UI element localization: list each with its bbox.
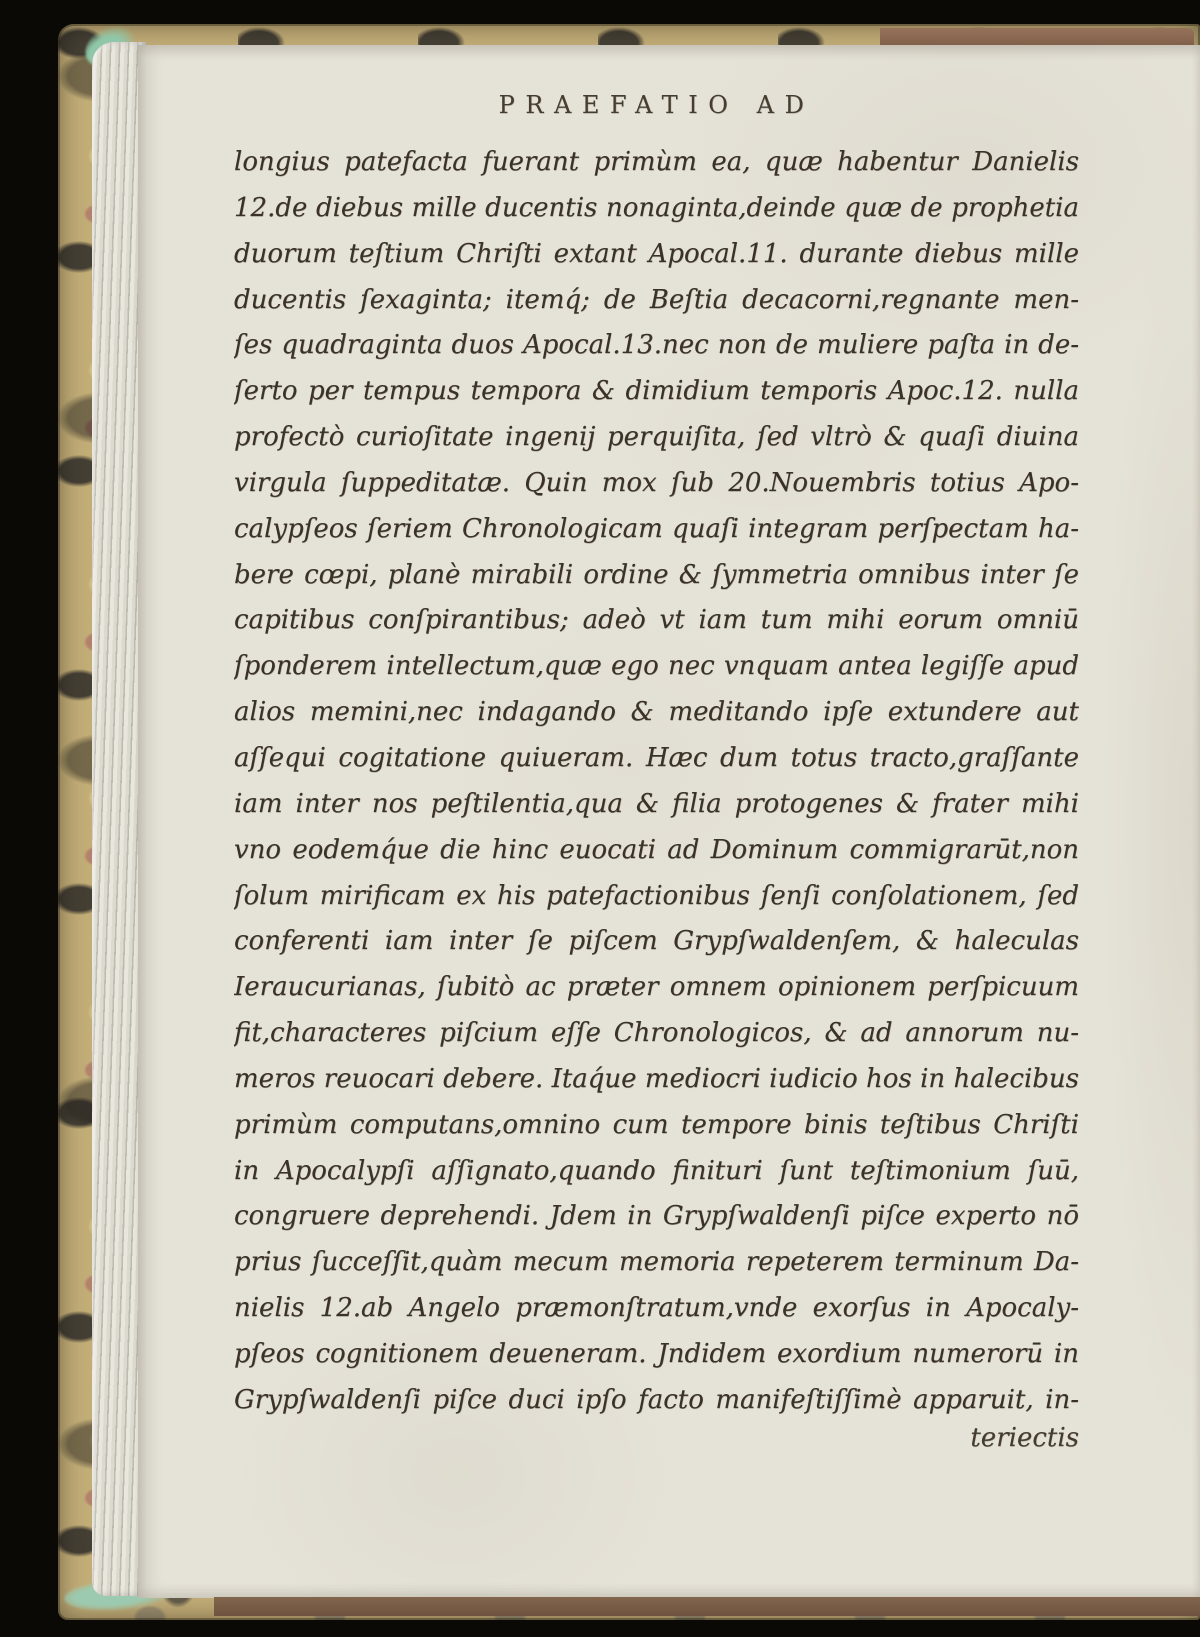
- text-line: congruere deprehendi. Jdem in Grypſwalde…: [234, 1194, 1079, 1240]
- text-line: ſes quadraginta duos Apocal.13.nec non d…: [234, 323, 1079, 369]
- text-line: in Apocalypſi aſſignato,quando finituri …: [234, 1149, 1079, 1195]
- text-line: calypſeos ſeriem Chronologicam quaſi int…: [234, 507, 1079, 553]
- text-line: vno eodemq́ue die hinc euocati ad Dominu…: [234, 828, 1079, 874]
- text-line: profectò curioſitate ingenij perquiſita,…: [234, 415, 1079, 461]
- text-line: ſponderem intellectum,quæ ego nec vnquam…: [234, 644, 1079, 690]
- text-line: prius ſucceſſit,quàm mecum memoria repet…: [234, 1240, 1079, 1286]
- text-line: aſſequi cogitatione quiueram. Hæc dum to…: [234, 736, 1079, 782]
- text-line: ducentis ſexaginta; itemq́; de Beſtia de…: [234, 278, 1079, 324]
- text-line: conferenti iam inter ſe piſcem Grypſwald…: [234, 919, 1079, 965]
- page-header-praefatio: PRAEFATIO AD: [234, 91, 1079, 119]
- text-line: fit,characteres piſcium eſſe Chronologic…: [234, 1011, 1079, 1057]
- text-line: primùm computans,omnino cum tempore bini…: [234, 1103, 1079, 1149]
- catchword: teriectis: [234, 1423, 1079, 1453]
- text-line: bere cœpi, planè mirabili ordine & ſymme…: [234, 553, 1079, 599]
- text-block: longius patefacta fuerant primùm ea, quæ…: [234, 140, 1079, 1424]
- text-line: ſolum mirificam ex his patefactionibus ſ…: [234, 874, 1079, 920]
- text-line: Ieraucurianas, ſubitò ac præter omnem op…: [234, 965, 1079, 1011]
- text-line: ſerto per tempus tempora & dimidium temp…: [234, 369, 1079, 415]
- text-line: meros reuocari debere. Itaq́ue mediocri …: [234, 1057, 1079, 1103]
- text-line: virgula ſuppeditatæ. Quin mox ſub 20.Nou…: [234, 461, 1079, 507]
- text-line: nielis 12.ab Angelo præmonſtratum,vnde e…: [234, 1286, 1079, 1332]
- text-line: alios memini,nec indagando & meditando i…: [234, 690, 1079, 736]
- page-block-edge-bottom: [214, 1597, 1200, 1616]
- text-line: iam inter nos peſtilentia,qua & filia pr…: [234, 782, 1079, 828]
- text-line: Grypſwaldenſi piſce duci ipſo facto mani…: [234, 1378, 1079, 1424]
- text-line: 12.de diebus mille ducentis nonaginta,de…: [234, 186, 1079, 232]
- book-page: PRAEFATIO AD longius patefacta fuerant p…: [138, 45, 1200, 1598]
- text-line: longius patefacta fuerant primùm ea, quæ…: [234, 140, 1079, 186]
- text-line: duorum teſtium Chriſti extant Apocal.11.…: [234, 232, 1079, 278]
- text-line: capitibus conſpirantibus; adeò vt iam tu…: [234, 598, 1079, 644]
- text-line: pſeos cognitionem deueneram. Jndidem exo…: [234, 1332, 1079, 1378]
- book-scan: PRAEFATIO AD longius patefacta fuerant p…: [0, 0, 1200, 1637]
